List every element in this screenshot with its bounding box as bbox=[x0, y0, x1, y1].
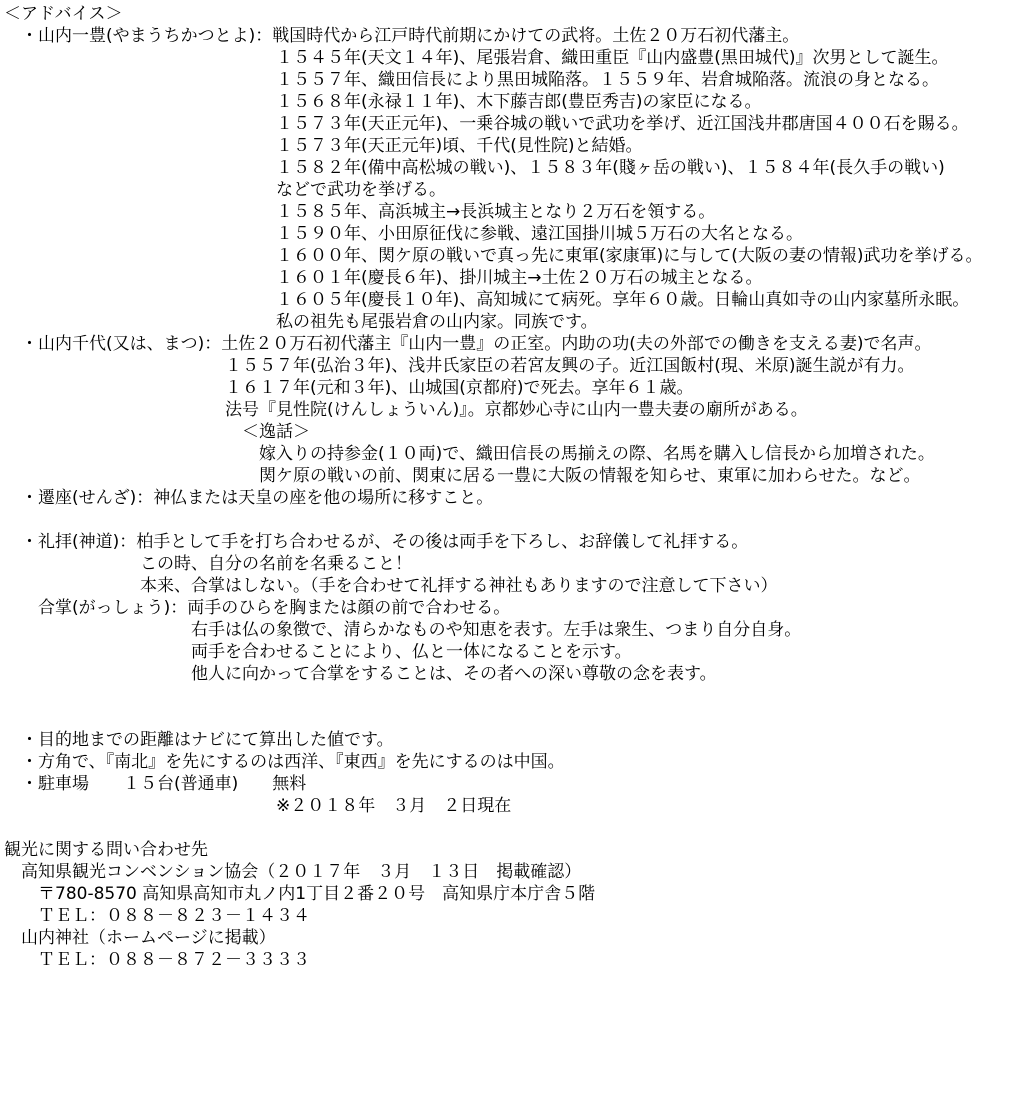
phone-line: ＴＥＬ：０８８－８２３－１４３４ bbox=[4, 905, 1023, 927]
text-line: 山内神社（ホームページに掲載） bbox=[4, 927, 1023, 949]
text-line: １５４５年(天文１４年)、尾張岩倉、織田重臣『山内盛豊(黒田城代)』次男として誕… bbox=[4, 47, 1023, 69]
text-line: 合掌(がっしょう)：両手のひらを胸または顔の前で合わせる。 bbox=[4, 597, 1023, 619]
heading-advice: ＜アドバイス＞ bbox=[4, 3, 1023, 25]
text-line: 両手を合わせることにより、仏と一体になることを示す。 bbox=[4, 641, 1023, 663]
text-line: １６１７年(元和３年)、山城国(京都府)で死去。享年６１歳。 bbox=[4, 377, 1023, 399]
text-line: ・山内千代(又は、まつ)：土佐２０万石初代藩主『山内一豊』の正室。内助の功(夫の… bbox=[4, 333, 1023, 355]
text-line: １６０５年(慶長１０年)、高知城にて病死。享年６０歳。日輪山真如寺の山内家墓所永… bbox=[4, 289, 1023, 311]
text-line: 本来、合掌はしない。（手を合わせて礼拝する神社もありますので注意して下さい） bbox=[4, 575, 1023, 597]
phone-line: ＴＥＬ：０８８－８７２－３３３３ bbox=[4, 949, 1023, 971]
text-line: ・方角で、『南北』を先にするのは西洋、『東西』を先にするのは中国。 bbox=[4, 751, 1023, 773]
heading-anecdote: ＜逸話＞ bbox=[4, 421, 1023, 443]
text-line: １５９０年、小田原征伐に参戦、遠江国掛川城５万石の大名となる。 bbox=[4, 223, 1023, 245]
text-line: 〒780-8570 高知県高知市丸ノ内1丁目２番２０号 高知県庁本庁舎５階 bbox=[4, 883, 1023, 905]
text-line: １５６８年(永禄１１年)、木下藤吉郎(豊臣秀吉)の家臣になる。 bbox=[4, 91, 1023, 113]
text-line: １５８５年、高浜城主→長浜城主となり２万石を領する。 bbox=[4, 201, 1023, 223]
text-line: ・駐車場 １５台(普通車) 無料 bbox=[4, 773, 1023, 795]
text-line: １５５７年(弘治３年)、浅井氏家臣の若宮友興の子。近江国飯村(現、米原)誕生説が… bbox=[4, 355, 1023, 377]
text-line: ・遷座(せんざ)：神仏または天皇の座を他の場所に移すこと。 bbox=[4, 487, 1023, 509]
advice-document: ＜アドバイス＞ ・山内一豊(やまうちかつとよ)：戦国時代から江戸時代前期にかけて… bbox=[0, 0, 1023, 971]
text-line: ・目的地までの距離はナビにて算出した値です。 bbox=[4, 729, 1023, 751]
text-line: １６００年、関ケ原の戦いで真っ先に東軍(家康軍)に与して(大阪の妻の情報)武功を… bbox=[4, 245, 1023, 267]
text-line: ・山内一豊(やまうちかつとよ)：戦国時代から江戸時代前期にかけての武将。土佐２０… bbox=[4, 25, 1023, 47]
text-line: １６０１年(慶長６年)、掛川城主→土佐２０万石の城主となる。 bbox=[4, 267, 1023, 289]
blank-line bbox=[4, 685, 1023, 707]
text-line: 他人に向かって合掌をすることは、その者への深い尊敬の念を表す。 bbox=[4, 663, 1023, 685]
text-line: １５７３年(天正元年)、一乗谷城の戦いで武功を挙げ、近江国浅井郡唐国４００石を賜… bbox=[4, 113, 1023, 135]
heading-contact: 観光に関する問い合わせ先 bbox=[4, 839, 1023, 861]
blank-line bbox=[4, 817, 1023, 839]
blank-line bbox=[4, 707, 1023, 729]
text-line: 私の祖先も尾張岩倉の山内家。同族です。 bbox=[4, 311, 1023, 333]
text-line: ・礼拝(神道)：柏手として手を打ち合わせるが、その後は両手を下ろし、お辞儀して礼… bbox=[4, 531, 1023, 553]
text-line: １５７３年(天正元年)頃、千代(見性院)と結婚。 bbox=[4, 135, 1023, 157]
text-line: ※２０１８年 ３月 ２日現在 bbox=[4, 795, 1023, 817]
text-line: 法号『見性院(けんしょういん)』。京都妙心寺に山内一豊夫妻の廟所がある。 bbox=[4, 399, 1023, 421]
advice-document-page: ＜アドバイス＞ ・山内一豊(やまうちかつとよ)：戦国時代から江戸時代前期にかけて… bbox=[0, 0, 1023, 1095]
blank-line bbox=[4, 509, 1023, 531]
text-line: 高知県観光コンベンション協会（２０１７年 ３月 １３日 掲載確認） bbox=[4, 861, 1023, 883]
text-line: １５５７年、織田信長により黒田城陥落。１５５９年、岩倉城陥落。流浪の身となる。 bbox=[4, 69, 1023, 91]
text-line: などで武功を挙げる。 bbox=[4, 179, 1023, 201]
text-line: 右手は仏の象徴で、清らかなものや知恵を表す。左手は衆生、つまり自分自身。 bbox=[4, 619, 1023, 641]
text-line: 嫁入りの持参金(１０両)で、織田信長の馬揃えの際、名馬を購入し信長から加増された… bbox=[4, 443, 1023, 465]
text-line: 関ケ原の戦いの前、関東に居る一豊に大阪の情報を知らせ、東軍に加わらせた。など。 bbox=[4, 465, 1023, 487]
text-line: １５８２年(備中高松城の戦い)、１５８３年(賤ヶ岳の戦い)、１５８４年(長久手の… bbox=[4, 157, 1023, 179]
text-line: この時、自分の名前を名乗ること！ bbox=[4, 553, 1023, 575]
